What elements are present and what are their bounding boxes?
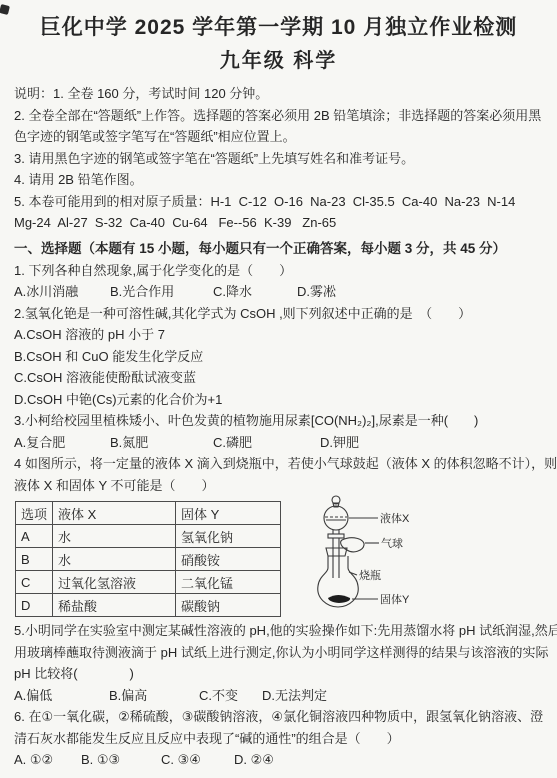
- question-4-figure-block: 选项 液体 X 固体 Y A 水 氢氧化钠 B 水 硝酸铵 C 过氧化氢溶液: [14, 498, 547, 620]
- question-5-options: A.偏低 B.偏高 C.不变 D.无法判定: [14, 685, 547, 707]
- funnel-stem: [333, 530, 339, 534]
- question-3-option-a: A.复合肥: [14, 432, 110, 454]
- table-cell: 水: [53, 548, 176, 571]
- question-3-option-b: B.氮肥: [110, 432, 213, 454]
- question-2-text: 2.氢氧化铯是一种可溶性碱,其化学式为 CsOH ,则下列叙述中正确的是 （ ）: [14, 303, 547, 325]
- question-6-option-d: D. ②④: [234, 749, 547, 771]
- question-5-option-a: A.偏低: [14, 685, 109, 707]
- question-6-options: A. ①② B. ①③ C. ③④ D. ②④: [14, 749, 547, 771]
- stopcock-joint: [328, 534, 344, 538]
- figure-label-flask: 烧瓶: [359, 568, 381, 582]
- question-2-option-c: C.CsOH 溶液能使酚酞试液变蓝: [14, 367, 547, 389]
- table-row: D 稀盐酸 碳酸钠: [16, 594, 281, 617]
- table-header-cell: 固体 Y: [176, 502, 281, 525]
- table-header-cell: 选项: [16, 502, 53, 525]
- instruction-line: 2. 全卷全部在“答题纸”上作答。选择题的答案必须用 2B 铅笔填涂；非选择题的…: [14, 105, 547, 127]
- question-2-option-a: A.CsOH 溶液的 pH 小于 7: [14, 324, 547, 346]
- table-cell: 水: [53, 525, 176, 548]
- exam-paper-page: 巨化中学 2025 学年第一学期 10 月独立作业检测 九年级 科学 说明：1.…: [0, 0, 557, 778]
- table-cell: B: [16, 548, 53, 571]
- question-5-text-line-3: pH 比较将( ): [14, 663, 547, 685]
- table-cell: 过氧化氢溶液: [53, 571, 176, 594]
- table-cell: A: [16, 525, 53, 548]
- funnel-lower-stem: [333, 538, 339, 549]
- question-3-option-c: C.磷肥: [213, 432, 320, 454]
- question-1-option-c: C.降水: [213, 281, 297, 303]
- instruction-line: 说明：1. 全卷 160 分，考试时间 120 分钟。: [14, 83, 547, 105]
- question-6-text-line-2: 清石灰水都能发生反应且反应中表现了“碱的通性”的组合是（ ）: [14, 728, 547, 750]
- instruction-line: 3. 请用黑色字迹的钢笔或签字笔在“答题纸”上先填写姓名和准考证号。: [14, 148, 547, 170]
- question-1-option-a: A.冰川消融: [14, 281, 110, 303]
- question-5-text-line-1: 5.小明同学在实验室中测定某碱性溶液的 pH,他的实验操作如下:先用蒸馏水将 p…: [14, 620, 547, 642]
- label-leader-line: [349, 572, 357, 575]
- question-2-option-d: D.CsOH 中铯(Cs)元素的化合价为+1: [14, 389, 547, 411]
- question-2-option-b: B.CsOH 和 CuO 能发生化学反应: [14, 346, 547, 368]
- solid-y-blob: [328, 595, 350, 603]
- question-4-text-line-2: 液体 X 和固体 Y 不可能是（ ）: [14, 475, 547, 497]
- question-1-options: A.冰川消融 B.光合作用 C.降水 D.雾凇: [14, 281, 547, 303]
- question-5-option-c: C.不变: [199, 685, 262, 707]
- flask-stopper: [326, 548, 347, 556]
- figure-label-liquid-x: 液体X: [380, 511, 410, 525]
- question-3-option-d: D.钾肥: [320, 432, 547, 454]
- table-header-row: 选项 液体 X 固体 Y: [16, 502, 281, 525]
- exam-instructions: 说明：1. 全卷 160 分，考试时间 120 分钟。 2. 全卷全部在“答题纸…: [14, 83, 547, 234]
- table-cell: C: [16, 571, 53, 594]
- table-cell: 硝酸铵: [176, 548, 281, 571]
- instruction-line: 色字迹的钢笔或签字笔写在“答题纸”相应位置上。: [14, 126, 547, 148]
- question-4-text-line-1: 4 如图所示，将一定量的液体 X 滴入到烧瓶中，若使小气球鼓起（液体 X 的体积…: [14, 453, 547, 475]
- instruction-line: Mg-24 Al-27 S-32 Ca-40 Cu-64 Fe--56 K-39…: [14, 212, 547, 234]
- flask-apparatus-figure: 液体X 气球 烧瓶 固体Y: [302, 492, 462, 617]
- instruction-line: 4. 请用 2B 铅笔作图。: [14, 169, 547, 191]
- table-cell: 碳酸钠: [176, 594, 281, 617]
- q4-options-table: 选项 液体 X 固体 Y A 水 氢氧化钠 B 水 硝酸铵 C 过氧化氢溶液: [15, 501, 281, 617]
- question-5-option-d: D.无法判定: [262, 685, 547, 707]
- figure-label-balloon: 气球: [381, 536, 403, 550]
- paper-body: 说明：1. 全卷 160 分，考试时间 120 分钟。 2. 全卷全部在“答题纸…: [0, 83, 557, 771]
- question-1-option-d: D.雾凇: [297, 281, 547, 303]
- table-cell: 稀盐酸: [53, 594, 176, 617]
- question-6-option-c: C. ③④: [161, 749, 234, 771]
- section-heading: 一、选择题（本题有 15 小题，每小题只有一个正确答案，每小题 3 分，共 45…: [14, 237, 547, 260]
- question-1-text: 1. 下列各种自然现象,属于化学变化的是（ ）: [14, 260, 547, 282]
- question-6-option-b: B. ①③: [81, 749, 161, 771]
- instruction-line: 5. 本卷可能用到的相对原子质量：H-1 C-12 O-16 Na-23 Cl-…: [14, 191, 547, 213]
- question-5-option-b: B.偏高: [109, 685, 199, 707]
- question-1-option-b: B.光合作用: [110, 281, 213, 303]
- question-3-options: A.复合肥 B.氮肥 C.磷肥 D.钾肥: [14, 432, 547, 454]
- figure-label-solid-y: 固体Y: [380, 592, 410, 606]
- table-row: A 水 氢氧化钠: [16, 525, 281, 548]
- dropping-funnel-icon: [324, 506, 348, 530]
- table-header-cell: 液体 X: [53, 502, 176, 525]
- delivery-tube: [333, 549, 339, 578]
- table-row: B 水 硝酸铵: [16, 548, 281, 571]
- paper-subtitle: 九年级 科学: [0, 48, 557, 74]
- table-cell: 二氧化锰: [176, 571, 281, 594]
- table-row: C 过氧化氢溶液 二氧化锰: [16, 571, 281, 594]
- question-5-text-line-2: 用玻璃棒蘸取待测液滴于 pH 试纸上进行测定,你认为小明同学这样测得的结果与该溶…: [14, 642, 547, 664]
- question-6-option-a: A. ①②: [14, 749, 81, 771]
- paper-title: 巨化中学 2025 学年第一学期 10 月独立作业检测: [0, 0, 557, 43]
- question-6-text-line-1: 6. 在①一氧化碳，②稀硫酸，③碳酸钠溶液，④氯化铜溶液四种物质中，跟氢氧化钠溶…: [14, 706, 547, 728]
- table-cell: 氢氧化钠: [176, 525, 281, 548]
- question-3-text: 3.小柯给校园里植株矮小、叶色发黄的植物施用尿素[CO(NH₂)₂],尿素是一种…: [14, 410, 547, 432]
- table-cell: D: [16, 594, 53, 617]
- balloon-icon: [341, 538, 364, 552]
